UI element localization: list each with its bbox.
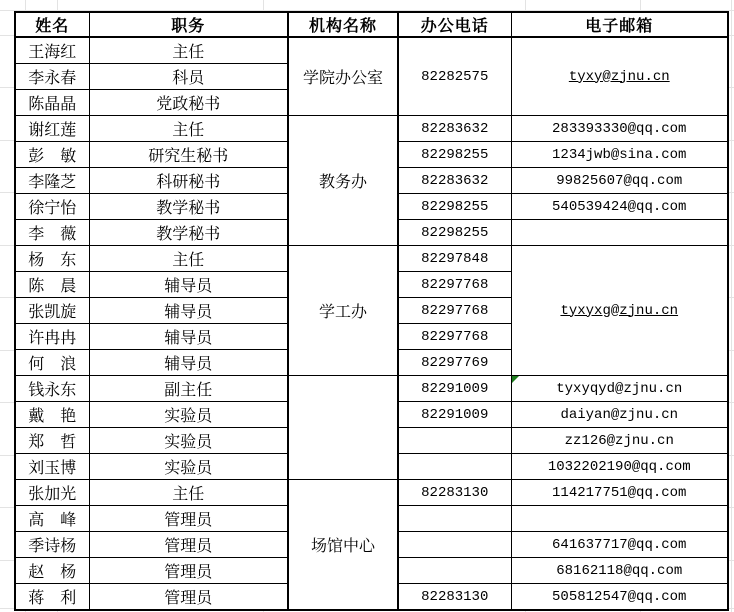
phone-cell[interactable]: 82297768 xyxy=(398,298,511,324)
title-cell[interactable]: 实验员 xyxy=(89,428,288,454)
name-cell[interactable]: 杨 东 xyxy=(15,246,89,272)
phone-cell[interactable] xyxy=(398,506,511,532)
contact-table: 姓名 职务 机构名称 办公电话 电子邮箱 王海红 主任 学院办公室 822825… xyxy=(14,11,729,611)
email-cell[interactable]: 505812547@qq.com xyxy=(511,584,728,611)
name-cell[interactable]: 李隆芝 xyxy=(15,168,89,194)
phone-cell[interactable]: 82283130 xyxy=(398,480,511,506)
name-cell[interactable]: 高 峰 xyxy=(15,506,89,532)
email-link-cell-merged[interactable]: tyxyxg@zjnu.cn xyxy=(511,246,728,376)
name-cell[interactable]: 谢红莲 xyxy=(15,116,89,142)
col-header-email[interactable]: 电子邮箱 xyxy=(511,12,728,37)
sheet-gridline-vertical xyxy=(731,0,732,612)
phone-cell[interactable]: 82298255 xyxy=(398,142,511,168)
name-cell[interactable]: 刘玉博 xyxy=(15,454,89,480)
table-row: 钱永东 副主任 82291009 tyxyqyd@zjnu.cn xyxy=(15,376,728,402)
name-cell[interactable]: 张凯旋 xyxy=(15,298,89,324)
name-cell[interactable]: 季诗杨 xyxy=(15,532,89,558)
phone-cell[interactable]: 82297768 xyxy=(398,272,511,298)
email-cell[interactable]: 1234jwb@sina.com xyxy=(511,142,728,168)
email-cell[interactable] xyxy=(511,220,728,246)
title-cell[interactable]: 主任 xyxy=(89,116,288,142)
email-cell[interactable]: 641637717@qq.com xyxy=(511,532,728,558)
header-row: 姓名 职务 机构名称 办公电话 电子邮箱 xyxy=(15,12,728,37)
phone-cell[interactable]: 82297848 xyxy=(398,246,511,272)
phone-cell[interactable] xyxy=(398,558,511,584)
title-cell[interactable]: 实验员 xyxy=(89,454,288,480)
title-cell[interactable]: 教学秘书 xyxy=(89,194,288,220)
name-cell[interactable]: 陈晶晶 xyxy=(15,90,89,116)
email-cell[interactable]: tyxyqyd@zjnu.cn xyxy=(511,376,728,402)
title-cell[interactable]: 科研秘书 xyxy=(89,168,288,194)
title-cell[interactable]: 管理员 xyxy=(89,532,288,558)
phone-cell[interactable]: 82298255 xyxy=(398,220,511,246)
phone-cell[interactable]: 82283632 xyxy=(398,116,511,142)
email-text: tyxyqyd@zjnu.cn xyxy=(556,381,682,397)
phone-cell[interactable]: 82291009 xyxy=(398,376,511,402)
title-cell[interactable]: 辅导员 xyxy=(89,324,288,350)
email-cell[interactable]: daiyan@zjnu.cn xyxy=(511,402,728,428)
phone-cell[interactable]: 82291009 xyxy=(398,402,511,428)
title-cell[interactable]: 实验员 xyxy=(89,402,288,428)
org-cell[interactable]: 场馆中心 xyxy=(288,480,398,611)
title-cell[interactable]: 副主任 xyxy=(89,376,288,402)
name-cell[interactable]: 赵 杨 xyxy=(15,558,89,584)
col-header-phone[interactable]: 办公电话 xyxy=(398,12,511,37)
phone-cell[interactable] xyxy=(398,428,511,454)
email-cell[interactable]: 114217751@qq.com xyxy=(511,480,728,506)
org-cell[interactable]: 学院办公室 xyxy=(288,37,398,116)
table-row: 谢红莲 主任 教务办 82283632 283393330@qq.com xyxy=(15,116,728,142)
col-header-name[interactable]: 姓名 xyxy=(15,12,89,37)
org-cell[interactable]: 教务办 xyxy=(288,116,398,246)
title-cell[interactable]: 管理员 xyxy=(89,506,288,532)
email-link-cell-merged[interactable]: tyxy@zjnu.cn xyxy=(511,37,728,116)
phone-cell[interactable] xyxy=(398,532,511,558)
name-cell[interactable]: 彭 敏 xyxy=(15,142,89,168)
title-cell[interactable]: 辅导员 xyxy=(89,272,288,298)
table-row: 王海红 主任 学院办公室 82282575 tyxy@zjnu.cn xyxy=(15,37,728,64)
org-cell-empty[interactable] xyxy=(288,376,398,480)
col-header-org[interactable]: 机构名称 xyxy=(288,12,398,37)
email-cell[interactable]: 283393330@qq.com xyxy=(511,116,728,142)
title-cell[interactable]: 研究生秘书 xyxy=(89,142,288,168)
name-cell[interactable]: 陈 晨 xyxy=(15,272,89,298)
title-cell[interactable]: 科员 xyxy=(89,64,288,90)
name-cell[interactable]: 王海红 xyxy=(15,37,89,64)
title-cell[interactable]: 主任 xyxy=(89,246,288,272)
title-cell[interactable]: 管理员 xyxy=(89,584,288,611)
title-cell[interactable]: 主任 xyxy=(89,480,288,506)
email-cell[interactable]: 1032202190@qq.com xyxy=(511,454,728,480)
title-cell[interactable]: 主任 xyxy=(89,37,288,64)
name-cell[interactable]: 李永春 xyxy=(15,64,89,90)
email-cell[interactable]: 99825607@qq.com xyxy=(511,168,728,194)
title-cell[interactable]: 管理员 xyxy=(89,558,288,584)
email-cell[interactable]: 68162118@qq.com xyxy=(511,558,728,584)
name-cell[interactable]: 徐宁怡 xyxy=(15,194,89,220)
title-cell[interactable]: 辅导员 xyxy=(89,298,288,324)
phone-cell[interactable]: 82298255 xyxy=(398,194,511,220)
email-cell[interactable]: 540539424@qq.com xyxy=(511,194,728,220)
phone-cell[interactable]: 82297768 xyxy=(398,324,511,350)
email-cell[interactable] xyxy=(511,506,728,532)
col-header-title[interactable]: 职务 xyxy=(89,12,288,37)
name-cell[interactable]: 许冉冉 xyxy=(15,324,89,350)
title-cell[interactable]: 党政秘书 xyxy=(89,90,288,116)
cell-error-indicator-icon xyxy=(512,376,519,383)
title-cell[interactable]: 辅导员 xyxy=(89,350,288,376)
name-cell[interactable]: 钱永东 xyxy=(15,376,89,402)
org-cell[interactable]: 学工办 xyxy=(288,246,398,376)
name-cell[interactable]: 郑 哲 xyxy=(15,428,89,454)
email-cell[interactable]: zz126@zjnu.cn xyxy=(511,428,728,454)
phone-cell-merged[interactable]: 82282575 xyxy=(398,37,511,116)
phone-cell[interactable]: 82283632 xyxy=(398,168,511,194)
title-cell[interactable]: 教学秘书 xyxy=(89,220,288,246)
phone-cell[interactable]: 82297769 xyxy=(398,350,511,376)
phone-cell[interactable] xyxy=(398,454,511,480)
table-row: 杨 东 主任 学工办 82297848 tyxyxg@zjnu.cn xyxy=(15,246,728,272)
spreadsheet-canvas: 姓名 职务 机构名称 办公电话 电子邮箱 王海红 主任 学院办公室 822825… xyxy=(0,0,734,612)
name-cell[interactable]: 戴 艳 xyxy=(15,402,89,428)
name-cell[interactable]: 何 浪 xyxy=(15,350,89,376)
name-cell[interactable]: 张加光 xyxy=(15,480,89,506)
table-row: 张加光 主任 场馆中心 82283130 114217751@qq.com xyxy=(15,480,728,506)
phone-cell[interactable]: 82283130 xyxy=(398,584,511,611)
name-cell[interactable]: 李 薇 xyxy=(15,220,89,246)
name-cell[interactable]: 蒋 利 xyxy=(15,584,89,611)
